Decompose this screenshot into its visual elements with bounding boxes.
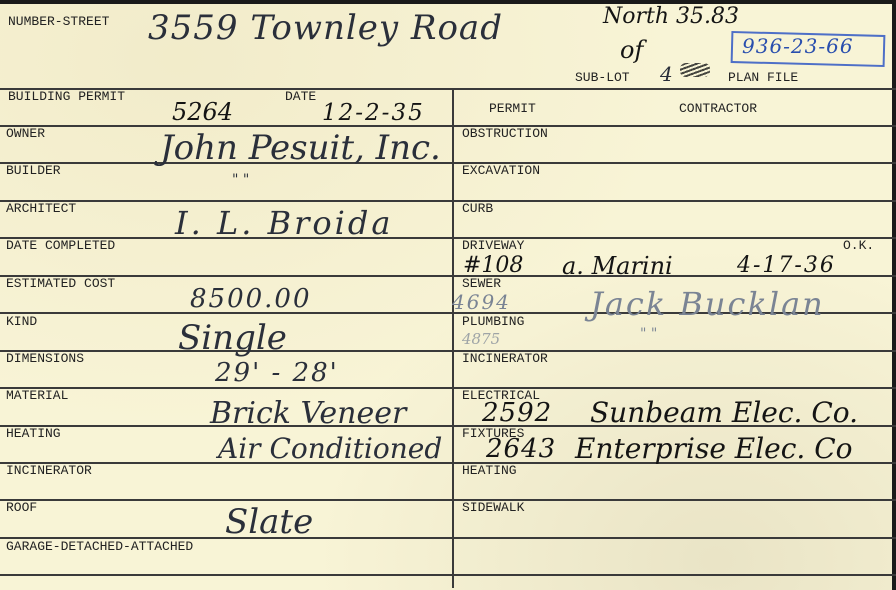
roof-label: ROOF bbox=[6, 500, 37, 515]
builder-value: " " bbox=[232, 172, 249, 188]
rule-line bbox=[0, 162, 896, 164]
heating-permit-label: HEATING bbox=[462, 463, 517, 478]
plan-file-value: 936-23-66 bbox=[742, 34, 854, 58]
incinerator-label: INCINERATOR bbox=[6, 463, 92, 478]
owner-value: John Pesuit, Inc. bbox=[160, 128, 441, 168]
kind-value: Single bbox=[178, 318, 287, 358]
of-note: of bbox=[620, 36, 643, 64]
date-label: DATE bbox=[285, 89, 316, 104]
building-permit-value: 5264 bbox=[172, 98, 233, 126]
kind-label: KIND bbox=[6, 314, 37, 329]
material-value: Brick Veneer bbox=[210, 396, 406, 431]
rule-line bbox=[0, 88, 896, 90]
dimensions-label: DIMENSIONS bbox=[6, 351, 84, 366]
electrical-permit: 2592 bbox=[482, 398, 552, 428]
curb-label: CURB bbox=[462, 201, 493, 216]
owner-label: OWNER bbox=[6, 126, 45, 141]
fixtures-contractor: Enterprise Elec. Co bbox=[575, 432, 853, 465]
north-note: North 35.83 bbox=[603, 4, 739, 29]
electrical-contractor: Sunbeam Elec. Co. bbox=[590, 396, 858, 429]
estimated-cost-label: ESTIMATED COST bbox=[6, 276, 115, 291]
rule-line bbox=[0, 125, 896, 127]
material-label: MATERIAL bbox=[6, 388, 68, 403]
sewer-contractor: Jack Bucklan bbox=[590, 285, 825, 323]
plumbing-contractor: " " bbox=[640, 326, 657, 342]
crossed-out-mark bbox=[680, 63, 710, 77]
architect-value: I. L. Broida bbox=[175, 204, 393, 242]
number-street-label: NUMBER-STREET bbox=[8, 14, 109, 29]
architect-label: ARCHITECT bbox=[6, 201, 76, 216]
driveway-label: DRIVEWAY bbox=[462, 238, 524, 253]
heating-value: Air Conditioned bbox=[218, 432, 442, 465]
builder-label: BUILDER bbox=[6, 163, 61, 178]
plan-file-label: PLAN FILE bbox=[728, 70, 798, 85]
sewer-permit: 4694 bbox=[452, 290, 511, 314]
excavation-label: EXCAVATION bbox=[462, 163, 540, 178]
sidewalk-label: SIDEWALK bbox=[462, 500, 524, 515]
roof-value: Slate bbox=[225, 502, 313, 542]
driveway-date: 4-17-36 bbox=[737, 253, 836, 278]
heating-label: HEATING bbox=[6, 426, 61, 441]
contractor-header: CONTRACTOR bbox=[679, 101, 757, 116]
column-divider bbox=[452, 88, 454, 588]
rule-line bbox=[0, 200, 896, 202]
rule-line bbox=[0, 574, 896, 576]
rule-line bbox=[0, 499, 896, 501]
card-top-edge bbox=[0, 0, 896, 4]
sub-lot-label: SUB-LOT bbox=[575, 70, 630, 85]
incinerator-permit-label: INCINERATOR bbox=[462, 351, 548, 366]
driveway-contractor: a. Marini bbox=[562, 252, 673, 280]
rule-line bbox=[0, 237, 896, 239]
sewer-label: SEWER bbox=[462, 276, 501, 291]
driveway-ok: O.K. bbox=[843, 238, 874, 253]
sub-lot-value: 4 bbox=[660, 62, 673, 86]
obstruction-label: OBSTRUCTION bbox=[462, 126, 548, 141]
plumbing-label: PLUMBING bbox=[462, 314, 524, 329]
dimensions-value: 29' - 28' bbox=[215, 358, 339, 388]
number-street-value: 3559 Townley Road bbox=[148, 8, 503, 48]
permit-header: PERMIT bbox=[489, 101, 536, 116]
driveway-permit: #108 bbox=[463, 253, 523, 278]
date-completed-label: DATE COMPLETED bbox=[6, 238, 115, 253]
plumbing-permit: 4875 bbox=[462, 330, 500, 348]
rule-line bbox=[0, 387, 896, 389]
garage-label: GARAGE-DETACHED-ATTACHED bbox=[6, 539, 193, 554]
building-permit-label: BUILDING PERMIT bbox=[8, 89, 125, 104]
rule-line bbox=[0, 350, 896, 352]
estimated-cost-value: 8500.00 bbox=[190, 284, 312, 314]
fixtures-permit: 2643 bbox=[486, 434, 556, 464]
date-value: 12-2-35 bbox=[322, 100, 425, 126]
